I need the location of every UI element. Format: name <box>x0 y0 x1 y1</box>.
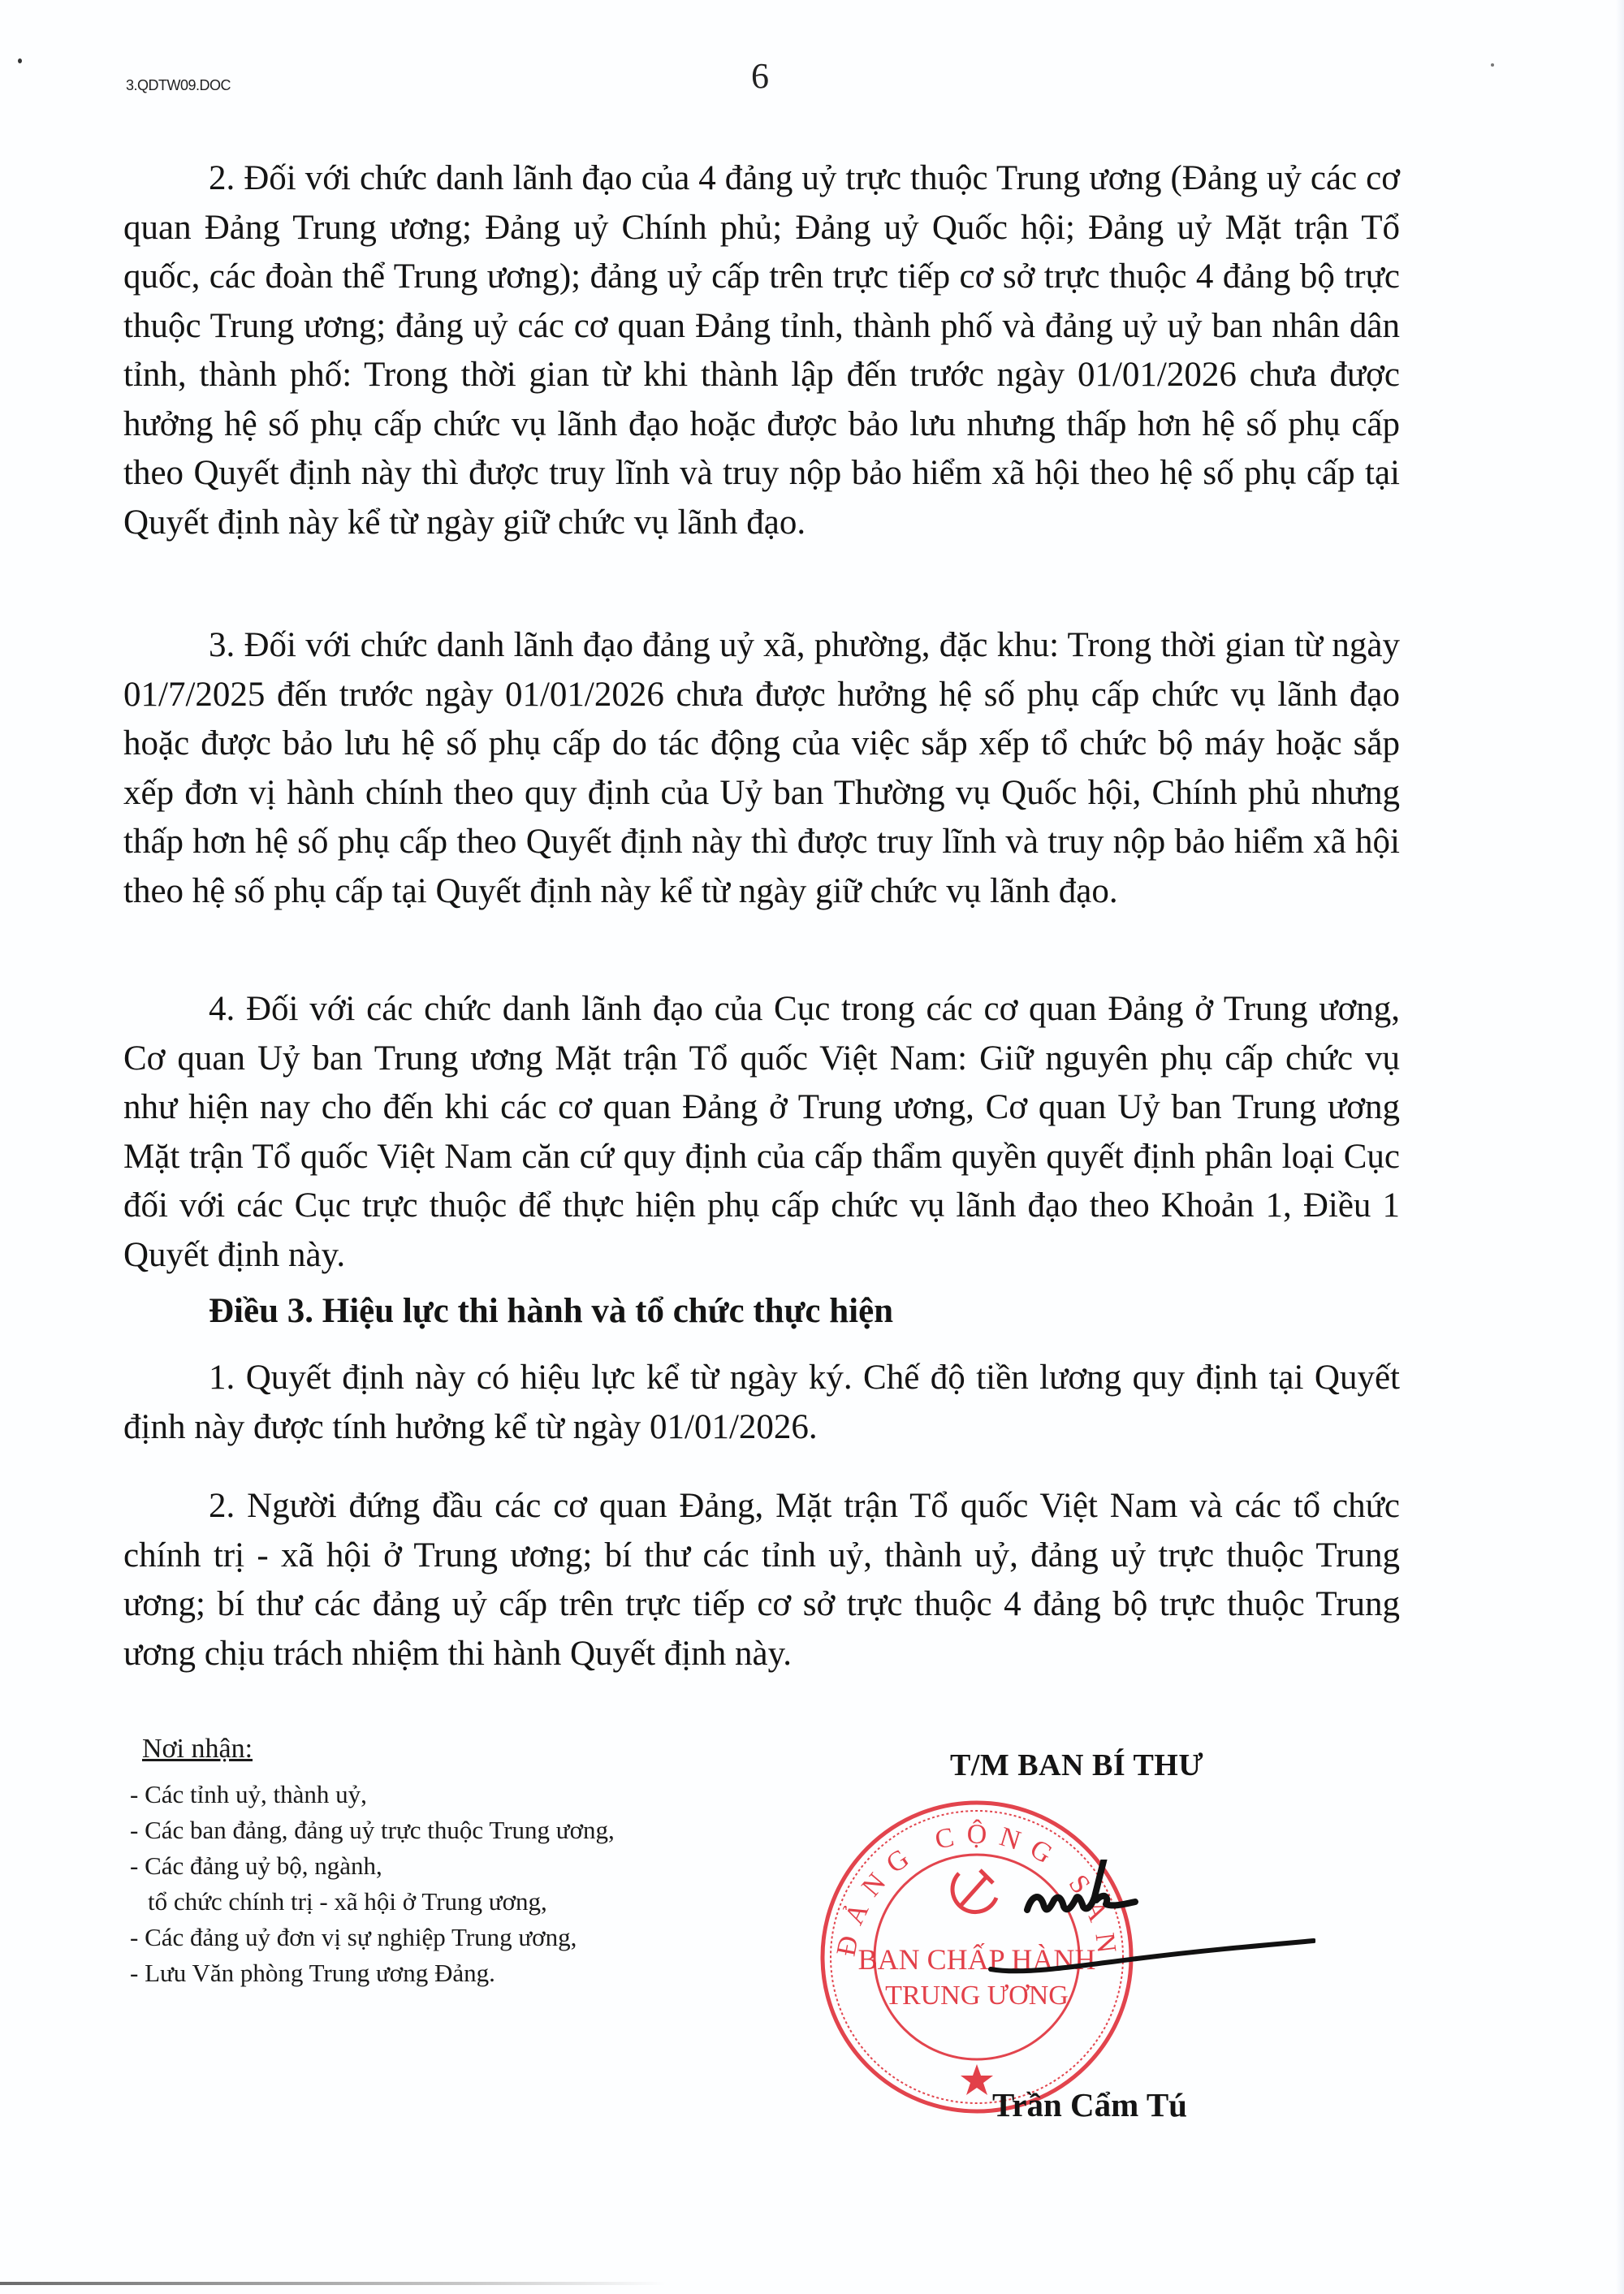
handwritten-signature-icon <box>974 1860 1315 1989</box>
recipient-item: - Các đảng uỷ bộ, ngành, <box>130 1848 615 1884</box>
recipient-item-continuation: tổ chức chính trị - xã hội ở Trung ương, <box>130 1884 615 1920</box>
document-file-name: 3.QDTW09.DOC <box>126 77 231 94</box>
recipients-block: Nơi nhận: - Các tỉnh uỷ, thành uỷ, - Các… <box>130 1731 615 1991</box>
signer-name: Trần Cẩm Tú <box>992 2085 1187 2124</box>
scan-bottom-edge <box>0 2282 666 2285</box>
article-3-paragraph-1: 1. Quyết định này có hiệu lực kể từ ngày… <box>123 1354 1400 1452</box>
recipients-title: Nơi nhận: <box>142 1731 253 1767</box>
scan-edge-shadow <box>1616 0 1624 2294</box>
paragraph-text: 2. Người đứng đầu các cơ quan Đảng, Mặt … <box>123 1482 1400 1678</box>
article-3-heading: Điều 3. Hiệu lực thi hành và tổ chức thự… <box>209 1291 893 1331</box>
page-number: 6 <box>751 55 769 97</box>
article-3-paragraph-2: 2. Người đứng đầu các cơ quan Đảng, Mặt … <box>123 1482 1400 1678</box>
paragraph-text: 2. Đối với chức danh lãnh đạo của 4 đảng… <box>123 154 1400 547</box>
paragraph-4: 4. Đối với các chức danh lãnh đạo của Cụ… <box>123 985 1400 1280</box>
scan-speck <box>18 58 22 63</box>
paragraph-text: 4. Đối với các chức danh lãnh đạo của Cụ… <box>123 985 1400 1280</box>
scan-speck <box>1491 63 1494 67</box>
recipient-item: - Các ban đảng, đảng uỷ trực thuộc Trung… <box>130 1812 615 1848</box>
paragraph-text: 3. Đối với chức danh lãnh đạo đảng uỷ xã… <box>123 621 1400 916</box>
recipient-item: - Các tỉnh uỷ, thành uỷ, <box>130 1777 615 1812</box>
recipient-item: - Lưu Văn phòng Trung ương Đảng. <box>130 1955 615 1991</box>
paragraph-3: 3. Đối với chức danh lãnh đạo đảng uỷ xã… <box>123 621 1400 916</box>
signing-authority-title: T/M BAN BÍ THƯ <box>950 1748 1203 1783</box>
paragraph-2: 2. Đối với chức danh lãnh đạo của 4 đảng… <box>123 154 1400 547</box>
recipient-item: - Các đảng uỷ đơn vị sự nghiệp Trung ươn… <box>130 1920 615 1955</box>
paragraph-text: 1. Quyết định này có hiệu lực kể từ ngày… <box>123 1354 1400 1452</box>
recipients-list: - Các tỉnh uỷ, thành uỷ, - Các ban đảng,… <box>130 1777 615 1991</box>
